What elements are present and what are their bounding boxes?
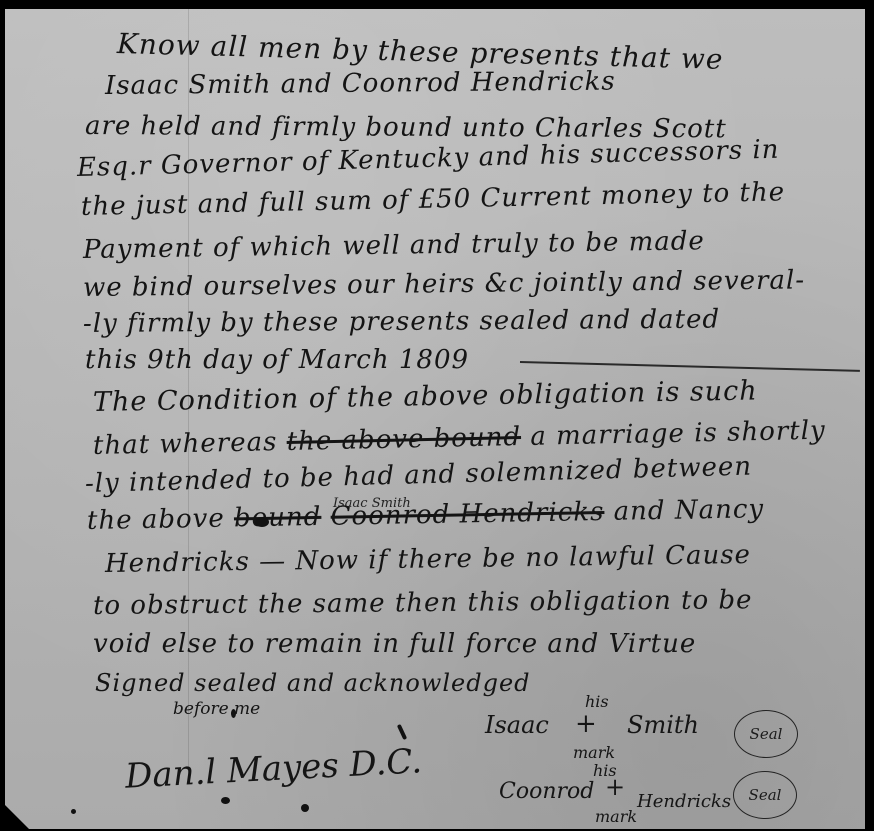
condition-line-4-start: the above (87, 503, 234, 536)
bond-line-6: Payment of which well and truly to be ma… (83, 226, 705, 265)
bond-line-7: we bind ourselves our heirs &c jointly a… (83, 265, 805, 303)
condition-line-4-end: and Nancy (604, 494, 764, 527)
ink-blot (231, 709, 236, 718)
condition-line-6: to obstruct the same then this obligatio… (93, 585, 753, 621)
bond-line-5: the just and full sum of £50 Current mon… (81, 177, 786, 222)
clerk-signature: Dan.l Mayes D.C. (124, 741, 423, 796)
ink-blot (221, 797, 230, 804)
signer-1-mark-label: mark (573, 743, 615, 762)
condition-line-2-start: that whereas (93, 427, 287, 461)
signer-2-first-name: Coonrod (499, 779, 594, 804)
signer-1-seal: Seal (734, 710, 798, 758)
signer-1-first-name: Isaac (485, 711, 549, 739)
bond-line-8: -ly firmly by these presents sealed and … (83, 305, 720, 339)
condition-line-2-end: a marriage is shortly (521, 416, 826, 452)
condition-line-1: The Condition of the above obligation is… (93, 375, 758, 418)
before-me-label: before me (173, 699, 260, 719)
signer-2-seal: Seal (733, 771, 797, 819)
date-line-flourish (520, 361, 860, 372)
struck-text: the above bound (286, 422, 521, 457)
signer-2-mark-glyph: + (605, 773, 625, 801)
signer-2-mark-label: mark (595, 807, 637, 826)
bond-line-2: Isaac Smith and Coonrod Hendricks (105, 67, 616, 101)
struck-text: bound (234, 502, 322, 534)
condition-line-7: void else to remain in full force and Vi… (93, 629, 696, 659)
ink-blot (397, 724, 407, 740)
ink-blot (71, 809, 76, 814)
torn-corner (5, 805, 29, 829)
bond-date-line: this 9th day of March 1809 (85, 345, 469, 375)
signer-1-mark-glyph: + (575, 709, 597, 739)
document-page: Know all men by these presents that we I… (5, 9, 865, 829)
attestation-line: Signed sealed and acknowledged (95, 669, 531, 697)
condition-line-5: Hendricks — Now if there be no lawful Ca… (105, 540, 751, 579)
struck-text: Coonrod Hendricks (330, 497, 604, 532)
ink-blot (301, 804, 309, 812)
ink-blot (255, 517, 269, 527)
signer-2-last-name: Hendricks (637, 791, 731, 812)
signer-1-last-name: Smith (627, 711, 699, 739)
